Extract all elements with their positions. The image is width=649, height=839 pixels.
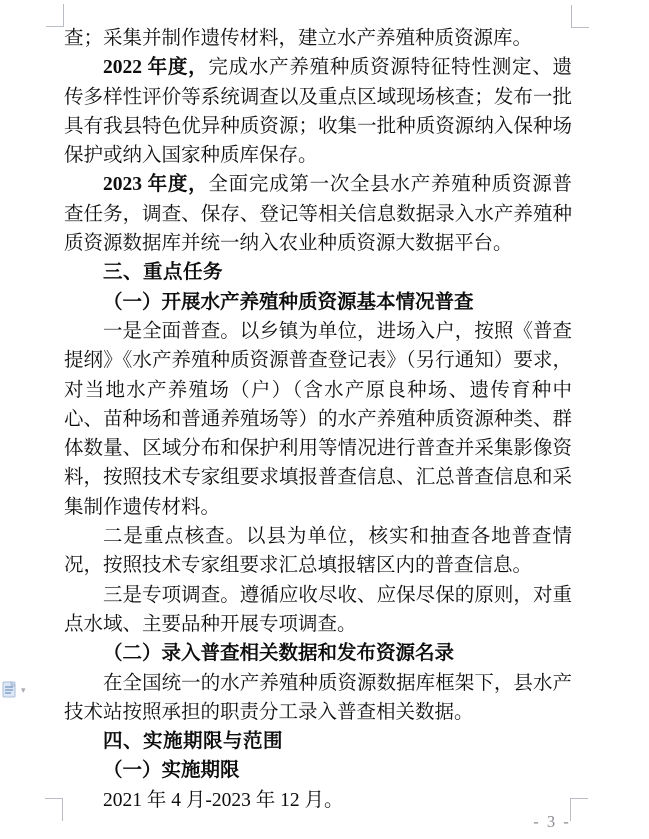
bold-run: 2023 年度， bbox=[103, 174, 208, 195]
paragraph: 查；采集并制作遗传材料，建立水产养殖种质资源库。 bbox=[64, 24, 572, 53]
text-run: 二是重点核查。以县为单位，核实和抽查各地普查情况，按照技术专家组要求汇总填报辖区… bbox=[64, 526, 572, 576]
heading: 四、实施期限与范围 bbox=[64, 727, 572, 756]
text-run: 一是全面普查。以乡镇为单位，进场入户，按照《普查提纲》《水产养殖种质资源普查登记… bbox=[64, 321, 572, 518]
document-page: 查；采集并制作遗传材料，建立水产养殖种质资源库。2022 年度，完成水产养殖种质… bbox=[0, 0, 649, 839]
heading: 三、重点任务 bbox=[64, 258, 572, 287]
chevron-down-icon: ▾ bbox=[21, 686, 26, 695]
text-run: 四、实施期限与范围 bbox=[103, 730, 283, 752]
text-boundary-mark-top-left bbox=[46, 4, 64, 27]
text-run: 在全国统一的水产养殖种质资源数据库框架下，县水产技术站按照承担的职责分工录入普查… bbox=[64, 673, 572, 723]
bold-run: 2022 年度， bbox=[103, 57, 208, 78]
heading: （二）录入普查相关数据和发布资源名录 bbox=[64, 639, 572, 668]
heading: （一）开展水产养殖种质资源基本情况普查 bbox=[64, 288, 572, 317]
text-run: （一）开展水产养殖种质资源基本情况普查 bbox=[103, 292, 474, 313]
paragraph: 在全国统一的水产养殖种质资源数据库框架下，县水产技术站按照承担的职责分工录入普查… bbox=[64, 669, 572, 728]
text-run: 查；采集并制作遗传材料，建立水产养殖种质资源库。 bbox=[64, 28, 532, 49]
paragraph: 2022 年度，完成水产养殖种质资源特征特性测定、遗传多样性评价等系统调查以及重… bbox=[64, 53, 572, 170]
text-run: 2021 年 4 月-2023 年 12 月。 bbox=[103, 790, 344, 811]
paragraph: 2023 年度，全面完成第一次全县水产养殖种质资源普查任务，调查、保存、登记等相… bbox=[64, 170, 572, 258]
text-run: 三是专项调查。遵循应收尽收、应保尽保的原则，对重点水域、主要品种开展专项调查。 bbox=[64, 585, 572, 635]
paragraph: 三是专项调查。遵循应收尽收、应保尽保的原则，对重点水域、主要品种开展专项调查。 bbox=[64, 581, 572, 640]
text-boundary-mark-bottom-left bbox=[45, 798, 63, 821]
paragraph: 一是全面普查。以乡镇为单位，进场入户，按照《普查提纲》《水产养殖种质资源普查登记… bbox=[64, 317, 572, 522]
text-run: （一）实施期限 bbox=[103, 760, 240, 781]
page-number: - 3 - bbox=[520, 812, 584, 832]
text-run: （二）录入普查相关数据和发布资源名录 bbox=[103, 643, 454, 664]
paragraph: 2021 年 4 月-2023 年 12 月。 bbox=[64, 786, 572, 815]
text-run: 三、重点任务 bbox=[103, 261, 223, 283]
paragraph: 二是重点核查。以县为单位，核实和抽查各地普查情况，按照技术专家组要求汇总填报辖区… bbox=[64, 522, 572, 581]
document-text: 查；采集并制作遗传材料，建立水产养殖种质资源库。2022 年度，完成水产养殖种质… bbox=[64, 24, 572, 815]
paste-options-button[interactable]: ▾ bbox=[2, 681, 26, 699]
heading: （一）实施期限 bbox=[64, 756, 572, 785]
text-boundary-mark-top-right bbox=[571, 5, 589, 28]
document-with-lines-icon bbox=[2, 681, 17, 699]
